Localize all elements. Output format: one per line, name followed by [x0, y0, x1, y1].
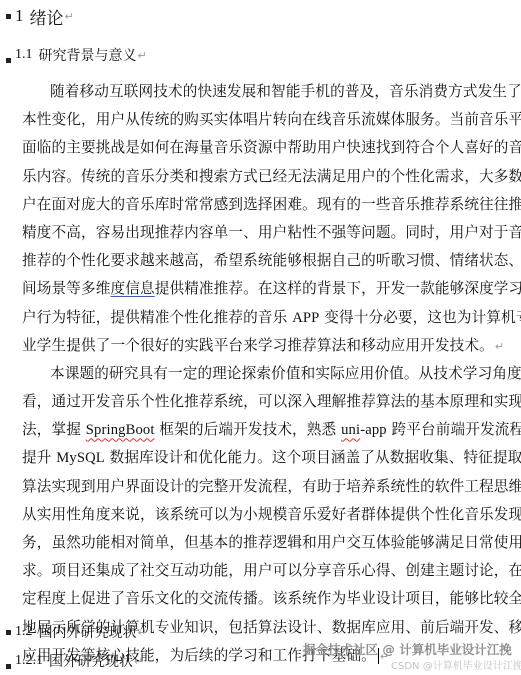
watermark-primary: 掘金技术社区 @ 计算机毕业设计江挽 [303, 640, 512, 658]
text-line: 法，掌握 SpringBoot 框架的后端开发技术，熟悉 uni-app 跨平台… [22, 416, 512, 444]
text-line: 本课题的研究具有一定的理论探索价值和实际应用价值。从技术学习角度来 [22, 360, 512, 388]
text-span: 法，掌握 [22, 421, 86, 438]
text-line: 看，通过开发音乐个性化推荐系统，可以深入理解推荐算法的基本原理和实现方 [22, 388, 512, 416]
spellcheck-term-uni[interactable]: uni [341, 422, 360, 438]
text-line: 算法实现到用户界面设计的完整开发流程，有助于培养系统性的软件工程思维。 [22, 473, 512, 501]
text-line: 推荐的个性化要求越来越高，希望系统能够根据自己的听歌习惯、情绪状态、时 [22, 247, 512, 275]
outline-bullet-icon [6, 664, 11, 669]
text-line: 定程度上促进了音乐文化的交流传播。该系统作为毕业设计项目，能够比较全面 [22, 585, 512, 613]
spellcheck-term-springboot[interactable]: SpringBoot [86, 422, 155, 438]
text-line: 提升 MySQL 数据库设计和优化能力。这个项目涵盖了从数据收集、特征提取、 [22, 444, 512, 472]
text-span: 提升 [22, 449, 56, 466]
grammar-underlined-text[interactable]: 度信息 [110, 280, 154, 297]
heading-number: 1 [15, 6, 24, 26]
text-line: 间场景等多维度信息提供精准推荐。在这样的背景下，开发一款能够深度学习用 [22, 275, 512, 303]
heading-title: 绪论 [30, 4, 64, 29]
text-line: 求。项目还集成了社交互动功能，用户可以分享音乐心得、创建主题讨论，在一 [22, 557, 512, 585]
latin-term: -app [360, 422, 387, 438]
text-span: 框架的后端开发技术，熟悉 [155, 421, 342, 438]
text-span: 变得十分必要，这也为计算机专 [319, 309, 521, 326]
paragraph-mark-icon: ↵ [495, 340, 504, 353]
heading-1-2-1[interactable]: 1.2.1 国外研究现状 ↵ [6, 650, 143, 672]
heading-1-2[interactable]: 1.2 国内外研究现状 ↵ [6, 621, 147, 643]
text-line: 乐内容。传统的音乐分类和搜索方式已经无法满足用户的个性化需求，大多数用 [22, 163, 512, 191]
text-line: 户行为特征，提供精准个性化推荐的音乐 APP 变得十分必要，这也为计算机专 [22, 304, 512, 332]
text-line: 户在面对庞大的音乐库时常常感到选择困难。现有的一些音乐推荐系统往往推荐 [22, 191, 512, 219]
body-text[interactable]: 随着移动互联网技术的快速发展和智能手机的普及，音乐消费方式发生了根 本性变化，用… [22, 78, 512, 670]
heading-1[interactable]: 1 绪论 ↵ [6, 4, 74, 28]
text-line: 从实用性角度来说，该系统可以为小规模音乐爱好者群体提供个性化音乐发现服 [22, 501, 512, 529]
text-span: 户行为特征，提供精准个性化推荐的音乐 [22, 309, 292, 326]
text-span: 间场景等多维 [22, 280, 110, 297]
document-page[interactable]: 1 绪论 ↵ 1.1 研究背景与意义 ↵ 随着移动互联网技术的快速发展和智能手机… [0, 0, 521, 675]
paragraph-mark-icon: ↵ [138, 626, 147, 639]
latin-term: MySQL [56, 450, 105, 466]
heading-1-1[interactable]: 1.1 研究背景与意义 ↵ [6, 44, 147, 66]
heading-title: 国外研究现状 [49, 651, 133, 671]
text-span: 数据库设计和优化能力。这个项目涵盖了从数据收集、特征提取、 [105, 449, 521, 466]
text-line: 面临的主要挑战是如何在海量音乐资源中帮助用户快速找到符合个人喜好的音 [22, 134, 512, 162]
paragraph-mark-icon: ↵ [134, 655, 143, 668]
latin-term: APP [292, 310, 319, 326]
heading-title: 国内外研究现状 [39, 622, 137, 642]
heading-title: 研究背景与意义 [39, 45, 137, 65]
heading-number: 1.2.1 [15, 653, 43, 669]
paragraph-mark-icon: ↵ [65, 10, 74, 23]
paragraph-mark-icon: ↵ [138, 49, 147, 62]
text-line: 随着移动互联网技术的快速发展和智能手机的普及，音乐消费方式发生了根 [22, 78, 512, 106]
text-line: 业学生提供了一个很好的实践平台来学习推荐算法和移动应用开发技术。↵ [22, 332, 512, 360]
heading-number: 1.1 [15, 47, 33, 63]
heading-number: 1.2 [15, 624, 33, 640]
outline-bullet-icon [6, 58, 11, 63]
outline-bullet-icon [6, 630, 11, 635]
text-span: 业学生提供了一个很好的实践平台来学习推荐算法和移动应用开发技术。 [22, 337, 494, 354]
text-span: 提供精准推荐。在这样的背景下，开发一款能够深度学习用 [155, 280, 521, 297]
text-line: 精度不高，容易出现推荐内容单一、用户粘性不强等问题。同时，用户对于音乐 [22, 219, 512, 247]
outline-bullet-icon [6, 14, 11, 19]
text-line: 务，虽然功能相对简单，但基本的推荐逻辑和用户交互体验能够满足日常使用需 [22, 529, 512, 557]
text-span: 跨平台前端开发流程， [387, 421, 521, 438]
text-line: 本性变化，用户从传统的购买实体唱片转向在线音乐流媒体服务。当前音乐平台 [22, 106, 512, 134]
watermark-secondary: CSDN @计算机毕业设计江挽 [391, 657, 521, 672]
